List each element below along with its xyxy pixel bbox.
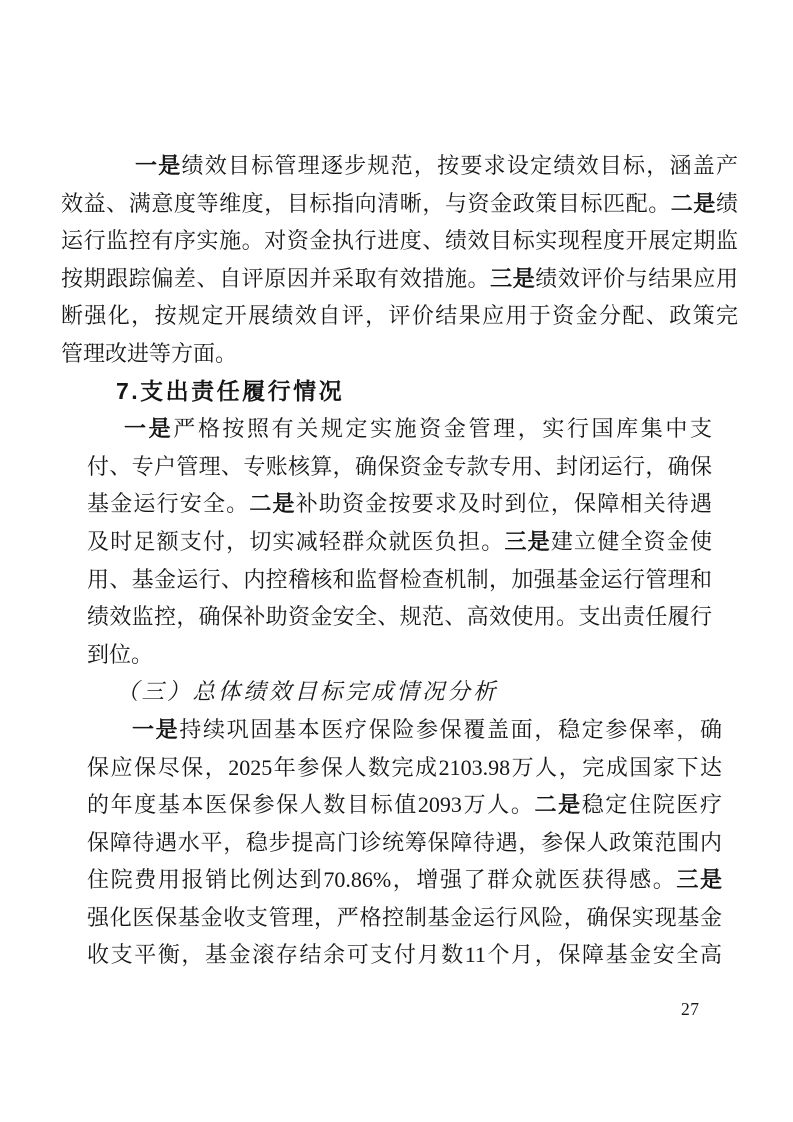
body-text: 管理改进等方面。: [61, 341, 237, 366]
body-text: 断强化，按规定开展绩效自评，评价结果应用于资金分配、政策完善、: [61, 303, 738, 335]
heading-overall-performance-analysis: （三）总体绩效目标完成情况分析: [61, 673, 738, 711]
para-expenditure-responsibility: 一是严格按照有关规定实施资金管理，实行国库集中支付、专户管理、专账核算，确保资金…: [61, 410, 738, 673]
text-line: 保应保尽保，2025年参保人数完成2103.98万人，完成国家下达: [87, 749, 722, 787]
document-page: 一是绩效目标管理逐步规范，按要求设定绩效目标，涵盖产出、效益、满意度等维度，目标…: [0, 0, 793, 1122]
text-line: 住院费用报销比例达到70.86%，增强了群众就医获得感。三是: [87, 861, 722, 899]
body-text: 及时足额支付，切实减轻群众就医负担。: [87, 529, 504, 554]
text-line: 一是绩效目标管理逐步规范，按要求设定绩效目标，涵盖产出、: [61, 147, 738, 185]
body-text: 严格按照有关规定实施资金管理，实行国库集中支: [173, 416, 712, 441]
body-text: 建立健全资金使: [551, 529, 712, 554]
body-text: （三）总体绩效目标完成情况分析: [116, 679, 499, 704]
emphasis-text: 一是: [124, 416, 173, 441]
emphasis-text: 一是: [135, 153, 181, 178]
text-line: 强化医保基金收支管理，严格控制基金运行风险，确保实现基金: [87, 899, 722, 937]
emphasis-text: 二是: [535, 792, 582, 817]
body-text: 保障待遇水平，稳步提高门诊统筹保障待遇，参保人政策范围内: [87, 830, 722, 855]
emphasis-text: 7.支出责任履行情况: [116, 378, 344, 404]
document-content: 一是绩效目标管理逐步规范，按要求设定绩效目标，涵盖产出、效益、满意度等维度，目标…: [61, 147, 738, 974]
text-line: 一是严格按照有关规定实施资金管理，实行国库集中支: [87, 410, 712, 448]
body-text: 按期跟踪偏差、自评原因并采取有效措施。: [61, 266, 490, 291]
text-line: 及时足额支付，切实减轻群众就医负担。三是建立健全资金使: [87, 523, 712, 561]
text-line: 到位。: [87, 636, 712, 674]
text-line: 保障待遇水平，稳步提高门诊统筹保障待遇，参保人政策范围内: [87, 824, 722, 862]
text-line: 运行监控有序实施。对资金执行进度、绩效目标实现程度开展定期监控，: [61, 222, 738, 260]
body-text: 付、专户管理、专账核算，确保资金专款专用、封闭运行，确保: [87, 454, 712, 479]
text-line: 管理改进等方面。: [61, 335, 738, 373]
emphasis-text: 一是: [132, 717, 179, 742]
heading-expenditure-responsibility: 7.支出责任履行情况: [61, 373, 738, 411]
body-text: 收支平衡，基金滚存结余可支付月数11个月，保障基金安全高: [87, 942, 722, 967]
text-line: 按期跟踪偏差、自评原因并采取有效措施。三是绩效评价与结果应用不: [61, 260, 738, 298]
text-line: 收支平衡，基金滚存结余可支付月数11个月，保障基金安全高: [87, 936, 722, 974]
body-text: 补助资金按要求及时到位，保障相关待遇: [296, 491, 712, 516]
emphasis-text: 二是: [671, 191, 716, 216]
emphasis-text: 三是: [504, 529, 550, 554]
body-text: 基金运行安全。: [87, 491, 249, 516]
emphasis-text: 三是: [676, 867, 722, 892]
text-line: 效益、满意度等维度，目标指向清晰，与资金政策目标匹配。二是绩效: [61, 185, 738, 223]
emphasis-text: 二是: [249, 491, 295, 516]
text-line: 用、基金运行、内控稽核和监督检查机制，加强基金运行管理和: [87, 561, 712, 599]
body-text: 效益、满意度等维度，目标指向清晰，与资金政策目标匹配。: [61, 191, 671, 216]
body-text: 持续巩固基本医疗保险参保覆盖面，稳定参保率，确: [179, 717, 722, 742]
emphasis-text: 三是: [490, 266, 535, 291]
body-text: 稳定住院医疗: [582, 792, 722, 817]
para-overall-performance: 一是持续巩固基本医疗保险参保覆盖面，稳定参保率，确保应保尽保，2025年参保人数…: [61, 711, 738, 974]
body-text: 绩效目标管理逐步规范，按要求设定绩效目标，涵盖产出、: [135, 153, 738, 185]
page-number: 27: [681, 999, 700, 1020]
body-text: 的年度基本医保参保人数目标值2093万人。: [87, 792, 535, 817]
body-text: 保应保尽保，2025年参保人数完成2103.98万人，完成国家下达: [87, 755, 722, 780]
text-line: 绩效监控，确保补助资金安全、规范、高效使用。支出责任履行: [87, 598, 712, 636]
body-text: 强化医保基金收支管理，严格控制基金运行风险，确保实现基金: [87, 905, 722, 930]
body-text: 到位。: [87, 642, 153, 667]
text-line: （三）总体绩效目标完成情况分析: [61, 673, 738, 711]
body-text: 运行监控有序实施。对资金执行进度、绩效目标实现程度开展定期监控，: [61, 228, 738, 260]
text-line: 的年度基本医保参保人数目标值2093万人。二是稳定住院医疗: [87, 786, 722, 824]
text-line: 付、专户管理、专账核算，确保资金专款专用、封闭运行，确保: [87, 448, 712, 486]
text-line: 基金运行安全。二是补助资金按要求及时到位，保障相关待遇: [87, 485, 712, 523]
body-text: 用、基金运行、内控稽核和监督检查机制，加强基金运行管理和: [87, 567, 712, 592]
body-text: 住院费用报销比例达到70.86%，增强了群众就医获得感。: [87, 867, 676, 892]
text-line: 一是持续巩固基本医疗保险参保覆盖面，稳定参保率，确: [87, 711, 722, 749]
para-performance-goal-management: 一是绩效目标管理逐步规范，按要求设定绩效目标，涵盖产出、效益、满意度等维度，目标…: [61, 147, 738, 373]
text-line: 断强化，按规定开展绩效自评，评价结果应用于资金分配、政策完善、: [61, 297, 738, 335]
body-text: 绩效监控，确保补助资金安全、规范、高效使用。支出责任履行: [87, 604, 712, 629]
text-line: 7.支出责任履行情况: [61, 373, 738, 411]
